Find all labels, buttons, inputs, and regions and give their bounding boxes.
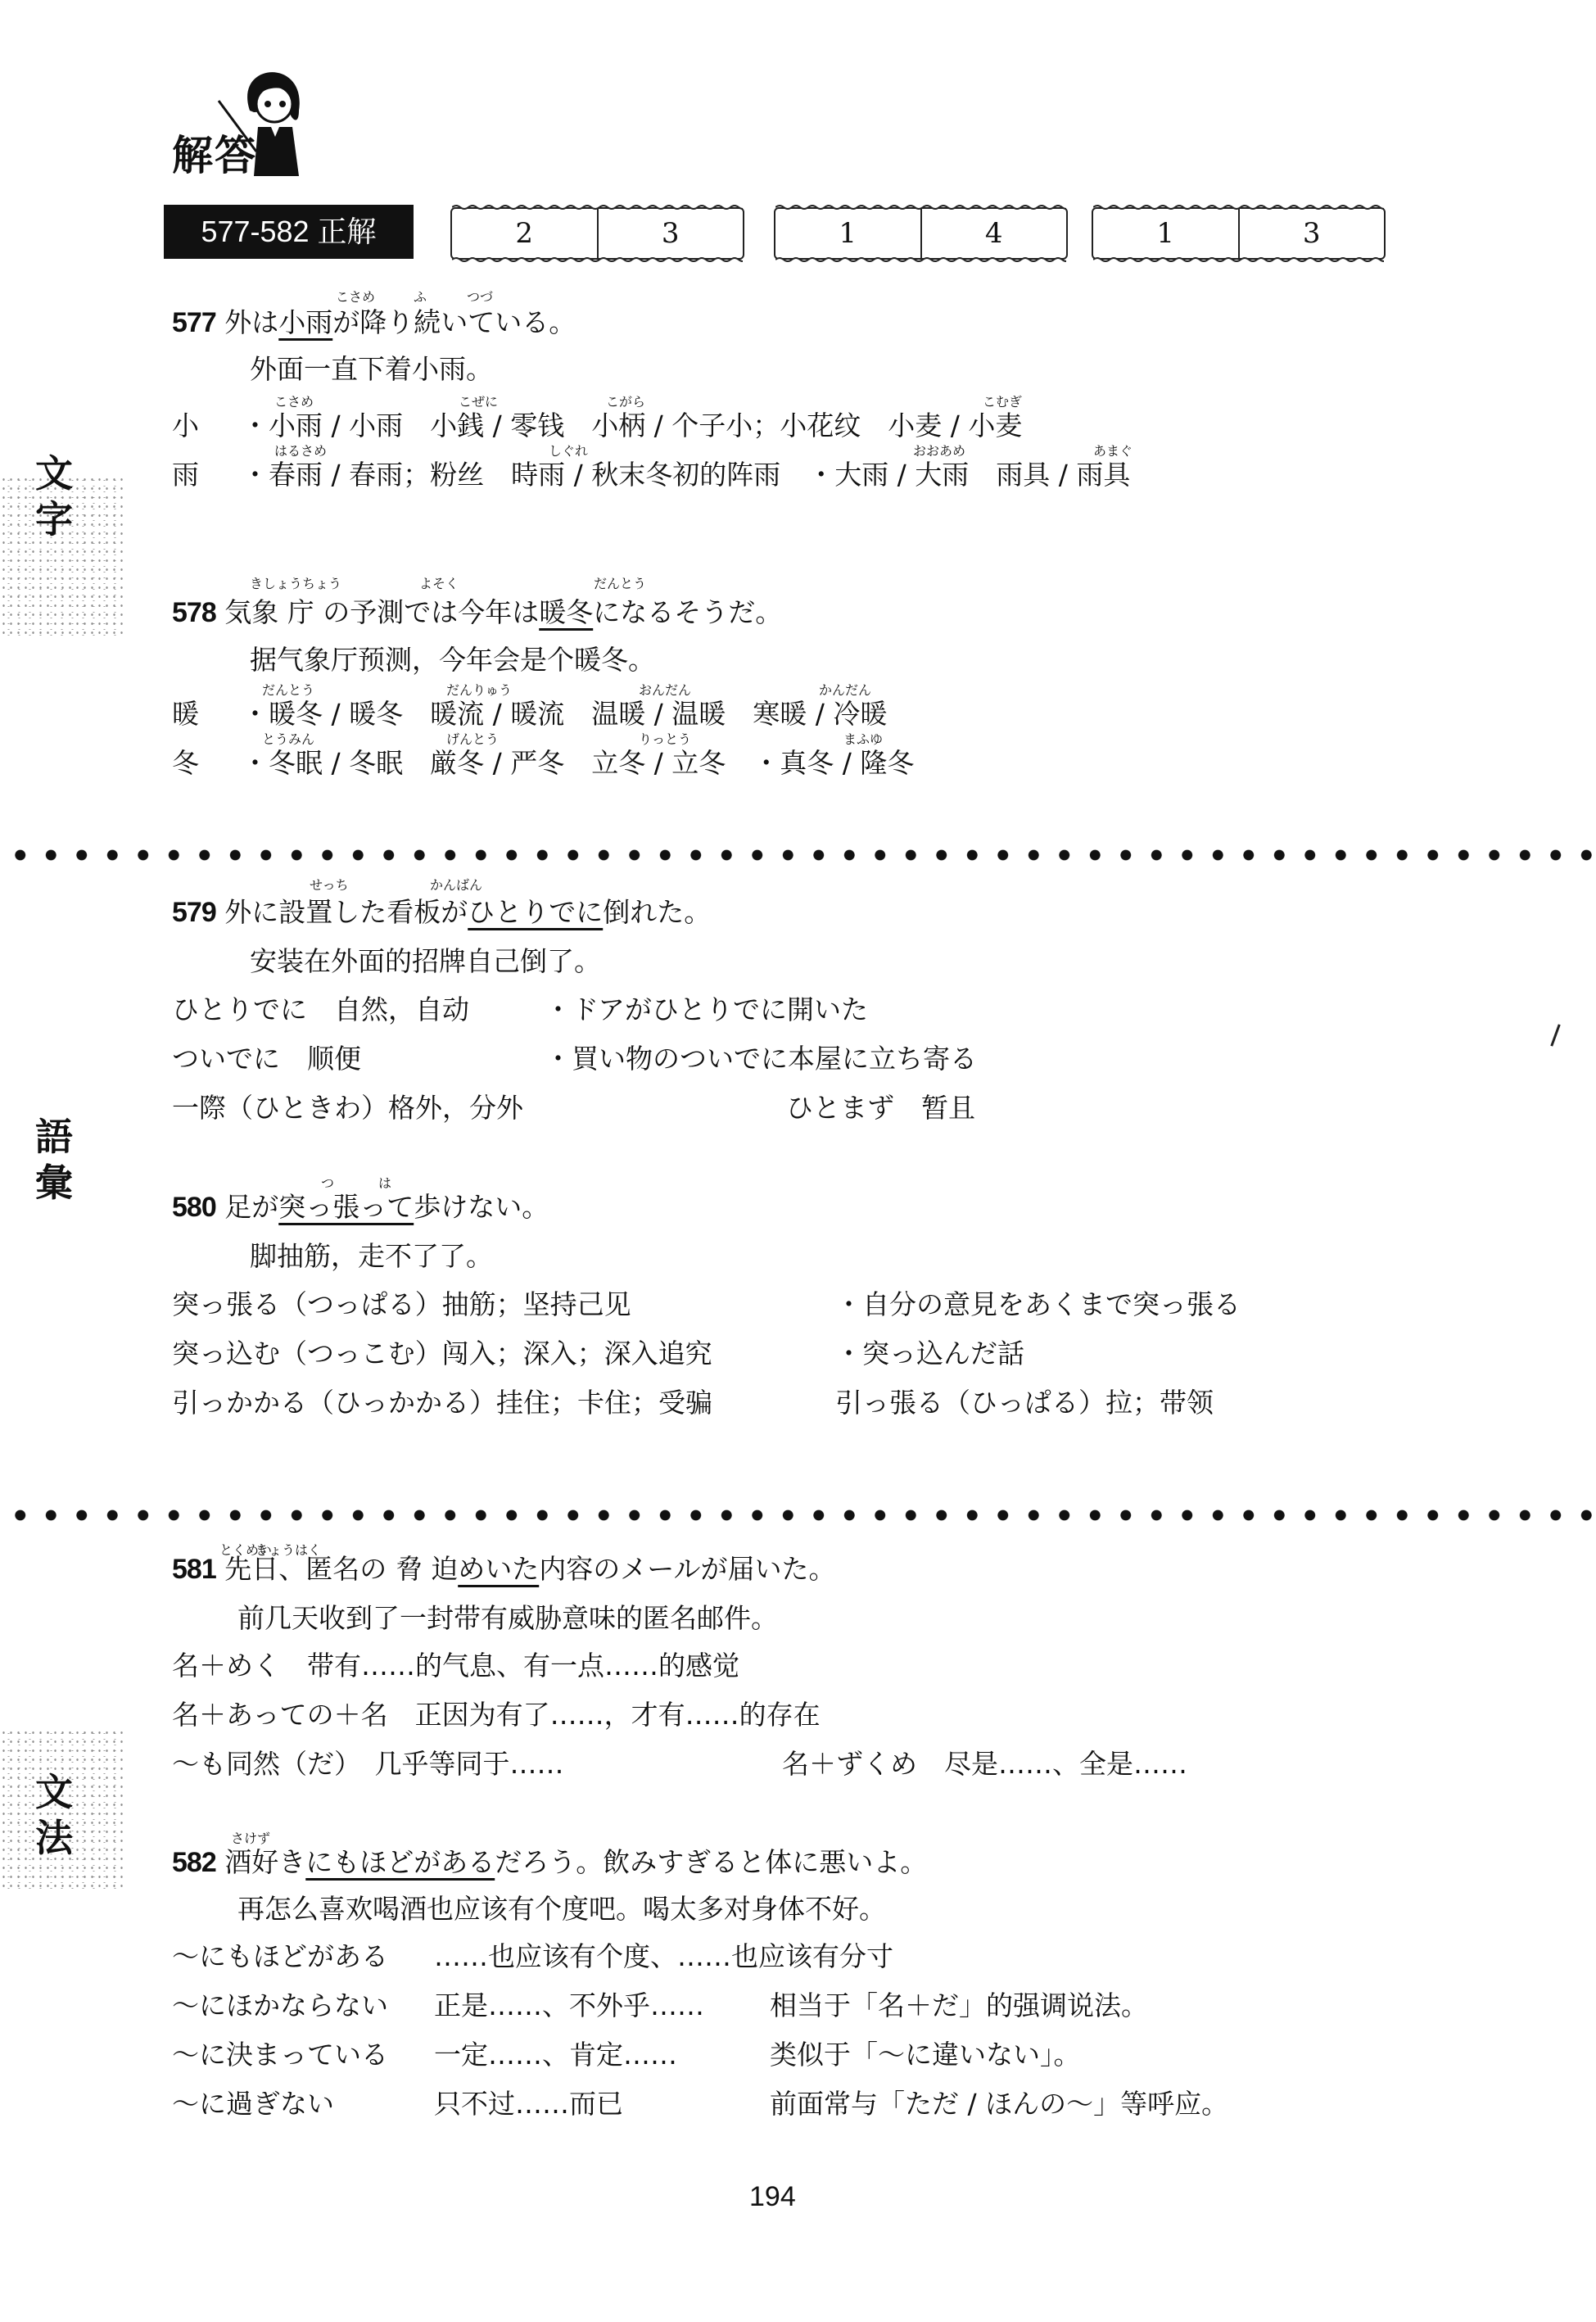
sentence-text: 外に設置した看板が [224,896,468,928]
answer-box-577-578: 2 3 [450,207,744,260]
entry-text: ・春雨 / 春雨；粉丝 時雨 / 秋末冬初的阵雨 ・大雨 / 大雨 雨具 / 雨… [242,459,1130,491]
sentence-text: だろう。飲みすぎると体に悪いよ。 [495,1846,927,1878]
grammar-pattern: ～にもほどがある [172,1935,388,1974]
question-577: 577 外は小雨が降り続いている。 [172,301,576,340]
question-number: 581 [172,1554,216,1585]
teacher-illustration-icon [217,53,323,180]
question-580: 580 足が突っ張って歩けない。 [172,1186,549,1224]
vocab-row: 突っ込む（つっこむ）闯入；深入；深入追究 [172,1333,712,1371]
kanji-head: 冬 [172,742,242,781]
vocab-example: ・突っ込んだ話 [835,1333,1024,1371]
answer-cell: 3 [1238,209,1385,258]
answer-box-581-582: 1 3 [1092,207,1386,260]
translation: 据气象厅预测，今年会是个暖冬。 [250,639,655,677]
vocab-example: ・ドアがひとりでに開いた [545,989,868,1027]
translation: 前几天收到了一封带有威胁意味的匿名邮件。 [237,1597,778,1636]
vocab-left: 一際（ひときわ）格外，分外 [172,1092,523,1124]
side-tab-moji: 文字 [31,450,77,542]
entry-text: ・冬眠 / 冬眠 厳冬 / 严冬 立冬 / 立冬 ・真冬 / 隆冬 [242,747,914,779]
vocab-example: ・自分の意見をあくまで突っ張る [835,1283,1241,1322]
grammar-note: 相当于「名＋だ」的强调说法。 [770,1985,1148,2023]
question-578: 578 気象 庁 の予測では今年は暖冬になるそうだ。 [172,591,782,630]
answer-cell: 1 [1093,209,1238,258]
grammar-row-right: 名＋ずくめ 尽是……、全是…… [782,1743,1187,1781]
grammar-row: 名＋めく 带有……的气息、有一点……的感觉 [172,1645,739,1683]
grammar-pattern: ～に決まっている [172,2034,388,2072]
answer-cell: 1 [775,209,920,258]
translation: 安装在外面的招牌自己倒了。 [250,940,601,979]
answer-box-579-580: 1 4 [774,207,1068,260]
section-divider [0,1510,1596,1521]
vocab-example: ・買い物のついでに本屋に立ち寄る [545,1038,977,1076]
sentence-text: が降り続いている。 [332,306,576,338]
entry-text: ・暖冬 / 暖冬 暖流 / 暖流 温暖 / 温暖 寒暖 / 冷暖 [242,698,887,730]
grammar-row: ～も同然（だ） 几乎等同于…… [172,1743,564,1781]
answer-cell: 4 [920,209,1067,258]
kanji-row: 暖・暖冬 / 暖冬 暖流 / 暖流 温暖 / 温暖 寒暖 / 冷暖 [172,693,887,731]
vocab-row: ついでに 顺便 [172,1038,361,1076]
answer-range-label: 577-582 正解 [164,205,414,259]
page-number: 194 [749,2181,796,2213]
target-word: 突っ張って [278,1191,414,1223]
target-word: 小雨 [278,306,332,338]
answer-cell: 3 [597,209,744,258]
translation: 外面一直下着小雨。 [250,348,493,387]
target-word: にもほどがある [305,1846,495,1878]
entry-text: ・小雨 / 小雨 小銭 / 零钱 小柄 / 个子小；小花纹 小麦 / 小麦 [242,410,1022,441]
grammar-row: 名＋あっての＋名 正因为有了……，才有……的存在 [172,1694,821,1732]
kanji-row: 小・小雨 / 小雨 小銭 / 零钱 小柄 / 个子小；小花纹 小麦 / 小麦 [172,405,1022,443]
furigana: よそく [419,573,459,592]
sentence-text: 酒好き [224,1846,305,1878]
kanji-row: 冬・冬眠 / 冬眠 厳冬 / 严冬 立冬 / 立冬 ・真冬 / 隆冬 [172,742,914,781]
translation: 脚抽筋，走不了了。 [250,1235,493,1274]
sentence-text: 気象 庁 の予測では今年は [224,596,539,628]
vocab-row: 引っかかる（ひっかかる）挂住；卡住；受骗 [172,1382,712,1420]
grammar-note: 类似于「～に違いない」。 [770,2034,1081,2072]
grammar-meaning: 只不过……而已 [434,2083,623,2121]
target-word: めいた [458,1553,539,1585]
kanji-row: 雨・春雨 / 春雨；粉丝 時雨 / 秋末冬初的阵雨 ・大雨 / 大雨 雨具 / … [172,454,1130,492]
side-tab-bunpo: 文法 [31,1769,77,1861]
sentence-text: 外は [224,306,278,338]
target-word: ひとりでに [468,896,603,928]
vocab-row: 一際（ひときわ）格外，分外 [172,1087,523,1125]
grammar-pattern: ～にほかならない [172,1985,388,2023]
sentence-text: 先日、匿名の 脅 迫 [224,1553,458,1585]
sentence-text: になるそうだ。 [593,596,782,628]
grammar-meaning: 一定……、肯定…… [434,2034,677,2072]
question-number: 578 [172,597,216,628]
question-number: 580 [172,1192,216,1223]
furigana: だんとう [594,573,646,592]
sentence-text: 歩けない。 [414,1191,549,1223]
question-581: 581 先日、匿名の 脅 迫めいた内容のメールが届いた。 [172,1548,836,1586]
sentence-text: 内容のメールが届いた。 [539,1553,835,1585]
translation: 再怎么喜欢喝酒也应该有个度吧。喝太多对身体不好。 [237,1888,886,1926]
furigana: きしょうちょう [250,573,341,592]
grammar-meaning: ……也应该有个度、……也应该有分寸 [434,1935,893,1974]
vocab-example: ひとまず 暂且 [786,1087,975,1125]
vocab-row: 突っ張る（つっぱる）抽筋；坚持己见 [172,1283,631,1322]
grammar-note: 前面常与「ただ / ほんの～」等呼应。 [770,2083,1228,2121]
question-579: 579 外に設置した看板がひとりでに倒れた。 [172,891,711,930]
question-number: 579 [172,897,216,928]
question-number: 582 [172,1847,216,1878]
kanji-head: 暖 [172,693,242,731]
grammar-meaning: 正是……、不外乎…… [434,1985,704,2023]
question-number: 577 [172,307,216,338]
kanji-head: 雨 [172,454,242,492]
sentence-text: 倒れた。 [603,896,711,928]
scan-mark [1550,1024,1560,1046]
sentence-text: 足が [224,1191,278,1223]
kanji-head: 小 [172,405,242,443]
section-divider [0,849,1596,861]
vocab-left: ついでに 顺便 [172,1043,361,1075]
answer-cell: 2 [452,209,597,258]
vocab-example: 引っ張る（ひっぱる）拉；带领 [835,1382,1214,1420]
vocab-left: ひとりでに 自然，自动 [172,994,469,1025]
target-word: 暖冬 [539,596,593,628]
question-582: 582 酒好きにもほどがあるだろう。飲みすぎると体に悪いよ。 [172,1841,927,1880]
grammar-pattern: ～に過ぎない [172,2083,334,2121]
side-tab-goi: 語彙 [31,1114,77,1206]
vocab-row: ひとりでに 自然，自动 [172,989,469,1027]
